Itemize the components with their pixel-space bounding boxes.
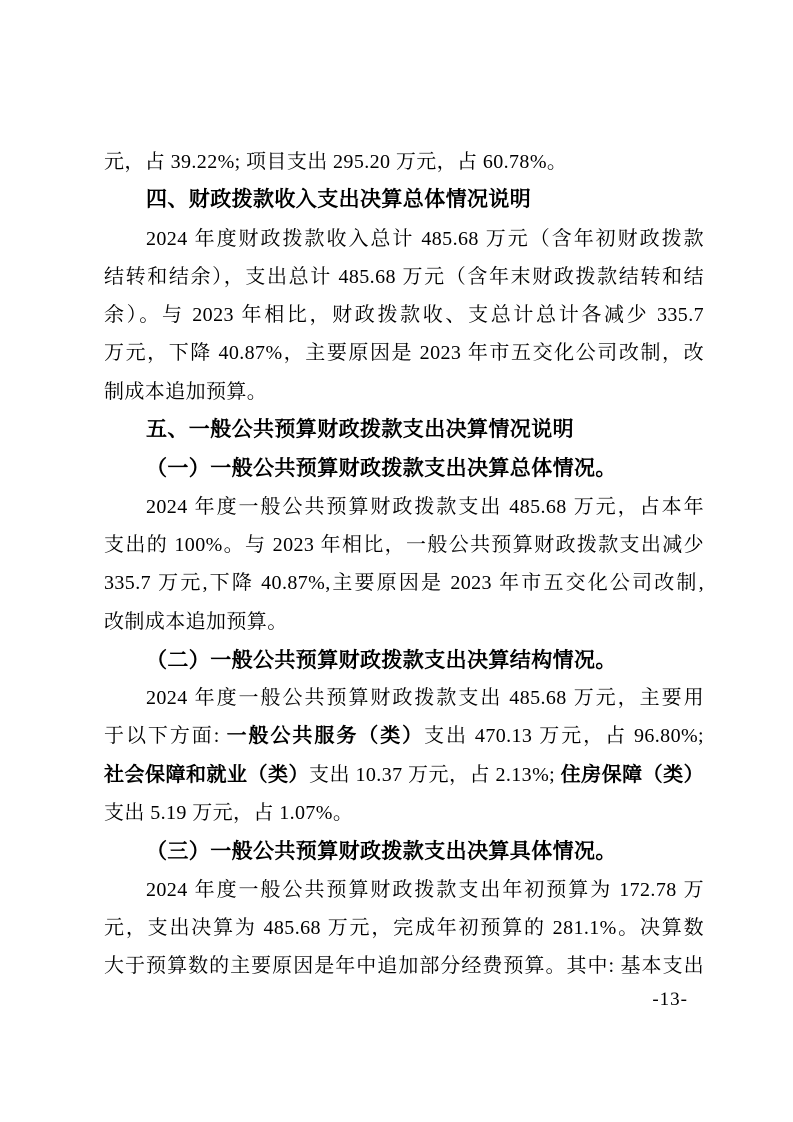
category-name-bold: 一般公共服务（类） (227, 725, 424, 747)
paragraph-line: 2024 年度一般公共预算财政拨款支出 485.68 万元，占本年 (104, 488, 704, 526)
document-page: 元，占 39.22%; 项目支出 295.20 万元，占 60.78%。 四、财… (0, 0, 793, 1122)
paragraph-line: 支出 5.19 万元，占 1.07%。 (104, 794, 704, 832)
page-number: -13- (652, 988, 688, 1012)
subsection-heading-1: （一）一般公共预算财政拨款支出决算总体情况。 (104, 449, 704, 487)
text-segment: 于以下方面: (104, 725, 227, 747)
text-segment: 支出 470.13 万元，占 96.80%; (424, 725, 704, 747)
paragraph-line: 元，支出决算为 485.68 万元，完成年初预算的 281.1%。决算数 (104, 909, 704, 947)
paragraph-line: 2024 年度一般公共预算财政拨款支出 485.68 万元，主要用 (104, 679, 704, 717)
paragraph-line: 社会保障和就业（类）支出 10.37 万元，占 2.13%; 住房保障（类） (104, 756, 704, 794)
paragraph-line: 余）。与 2023 年相比，财政拨款收、支总计总计各减少 335.7 (104, 296, 704, 334)
paragraph-line: 于以下方面: 一般公共服务（类）支出 470.13 万元，占 96.80%; (104, 717, 704, 755)
paragraph-line: 结转和结余），支出总计 485.68 万元（含年末财政拨款结转和结 (104, 258, 704, 296)
paragraph-line: 2024 年度财政拨款收入总计 485.68 万元（含年初财政拨款 (104, 220, 704, 258)
paragraph-line: 万元，下降 40.87%，主要原因是 2023 年市五交化公司改制，改 (104, 334, 704, 372)
paragraph-line: 改制成本追加预算。 (104, 603, 704, 641)
subsection-heading-3: （三）一般公共预算财政拨款支出决算具体情况。 (104, 832, 704, 870)
paragraph-line: 支出的 100%。与 2023 年相比，一般公共预算财政拨款支出减少 (104, 526, 704, 564)
category-name-bold: 社会保障和就业（类） (104, 764, 309, 786)
subsection-heading-2: （二）一般公共预算财政拨款支出决算结构情况。 (104, 641, 704, 679)
document-body: 元，占 39.22%; 项目支出 295.20 万元，占 60.78%。 四、财… (104, 143, 704, 986)
paragraph-line: 大于预算数的主要原因是年中追加部分经费预算。其中: 基本支出 (104, 947, 704, 985)
text-segment: 支出 10.37 万元，占 2.13%; (309, 764, 561, 786)
paragraph-line: 元，占 39.22%; 项目支出 295.20 万元，占 60.78%。 (104, 143, 704, 181)
category-name-bold: 住房保障（类） (561, 764, 704, 786)
paragraph-line: 335.7 万元,下降 40.87%,主要原因是 2023 年市五交化公司改制, (104, 564, 704, 602)
paragraph-line: 制成本追加预算。 (104, 373, 704, 411)
section-heading-4: 四、财政拨款收入支出决算总体情况说明 (104, 181, 704, 219)
section-heading-5: 五、一般公共预算财政拨款支出决算情况说明 (104, 411, 704, 449)
paragraph-line: 2024 年度一般公共预算财政拨款支出年初预算为 172.78 万 (104, 871, 704, 909)
